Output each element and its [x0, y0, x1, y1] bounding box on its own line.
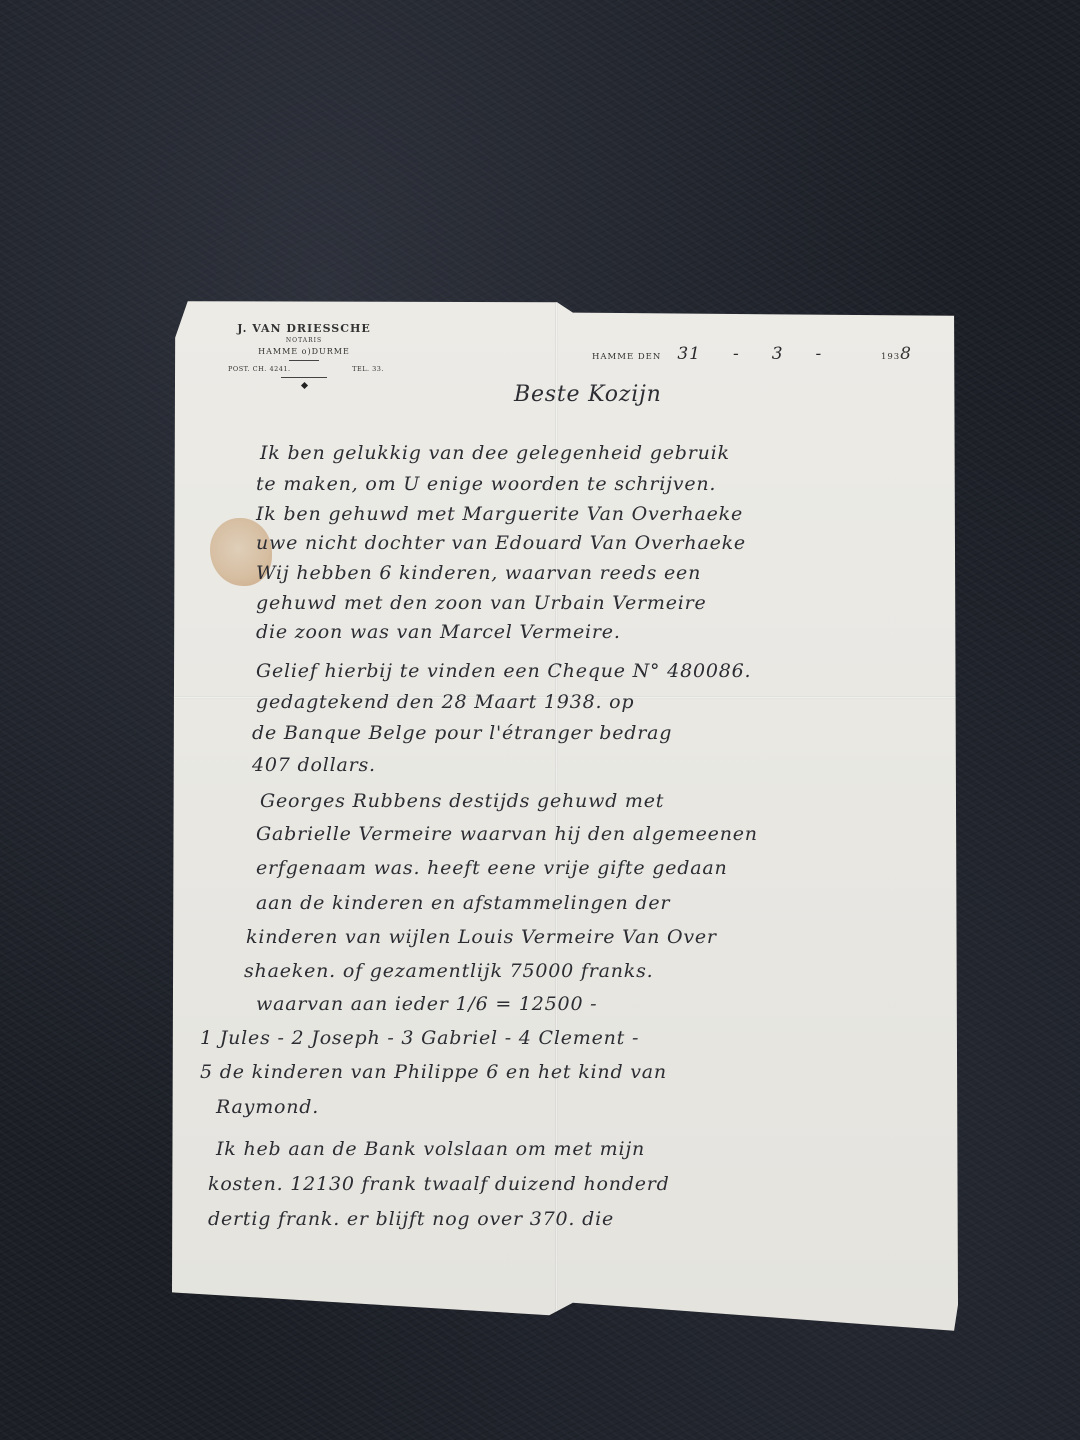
letter-line: de Banque Belge pour l'étranger bedrag: [252, 722, 672, 744]
letter-line: Gabrielle Vermeire waarvan hij den algem…: [256, 823, 758, 845]
telephone: TEL. 33.: [352, 365, 384, 373]
notary-title: NOTARIS: [224, 337, 384, 344]
letter-line: Gelief hierbij te vinden een Cheque N° 4…: [256, 660, 751, 682]
salutation: Beste Kozijn: [514, 382, 662, 407]
letter-line: Wij hebben 6 kinderen, waarvan reeds een: [256, 562, 701, 584]
letter-line: Ik heb aan de Bank volslaan om met mijn: [216, 1138, 645, 1160]
letter-line: die zoon was van Marcel Vermeire.: [256, 621, 621, 643]
letterhead-contact: POST. CH. 4241. TEL. 33.: [224, 365, 384, 373]
letterhead-divider-2: [281, 377, 327, 378]
letter-line: erfgenaam was. heeft eene vrije gifte ge…: [256, 857, 728, 879]
letter-line: gedagtekend den 28 Maart 1938. op: [256, 691, 634, 713]
date-month: 3: [772, 344, 784, 364]
letter-line: Ik ben gelukkig van dee gelegenheid gebr…: [260, 442, 730, 464]
diamond-ornament-icon: [300, 382, 307, 389]
date-day: 31: [677, 344, 701, 364]
letter-line: Georges Rubbens destijds gehuwd met: [260, 790, 664, 812]
letter-line: waarvan aan ieder 1/6 = 12500 -: [256, 993, 597, 1015]
notary-city: HAMME o)DURME: [224, 347, 384, 356]
date-place: HAMME DEN: [592, 352, 661, 362]
post-account: POST. CH. 4241.: [228, 365, 291, 373]
letter-line: aan de kinderen en afstammelingen der: [256, 892, 670, 914]
letter-line: Ik ben gehuwd met Marguerite Van Overhae…: [256, 503, 743, 525]
dateline: HAMME DEN 31 - 3 - 1938: [592, 344, 912, 364]
letter-line: te maken, om U enige woorden te schrijve…: [256, 473, 716, 495]
letterhead: J. VAN DRIESSCHE NOTARIS HAMME o)DURME P…: [224, 322, 384, 388]
date-year-printed: 193: [881, 352, 900, 362]
letter-line: kosten. 12130 frank twaalf duizend honde…: [208, 1173, 670, 1195]
letter-line: kinderen van wijlen Louis Vermeire Van O…: [246, 926, 717, 948]
letterhead-divider: [289, 360, 319, 361]
letter-line: 5 de kinderen van Philippe 6 en het kind…: [200, 1061, 667, 1083]
letter-paper: J. VAN DRIESSCHE NOTARIS HAMME o)DURME P…: [172, 296, 958, 1336]
letter-line: uwe nicht dochter van Edouard Van Overha…: [256, 532, 746, 554]
letter-line: dertig frank. er blijft nog over 370. di…: [208, 1208, 614, 1230]
date-sep-1: -: [733, 344, 740, 364]
date-sep-2: -: [816, 344, 823, 364]
letter-line: Raymond.: [216, 1096, 319, 1118]
notary-name: J. VAN DRIESSCHE: [224, 322, 384, 335]
letter-line: gehuwd met den zoon van Urbain Vermeire: [256, 592, 707, 614]
date-year: 1938: [881, 344, 912, 364]
date-year-handwritten: 8: [900, 344, 912, 364]
letter-line: 1 Jules - 2 Joseph - 3 Gabriel - 4 Cleme…: [200, 1027, 639, 1049]
letter-line: shaeken. of gezamentlijk 75000 franks.: [244, 960, 653, 982]
letter-line: 407 dollars.: [252, 754, 376, 776]
